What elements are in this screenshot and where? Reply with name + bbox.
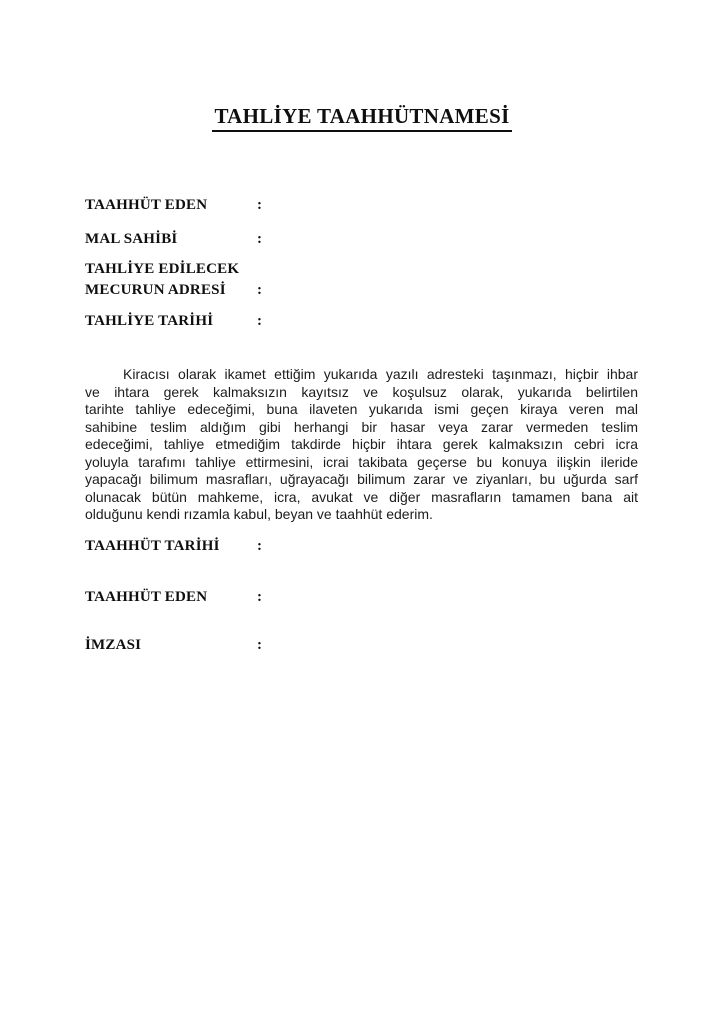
field-row-imzasi: İMZASI :: [85, 635, 645, 656]
field-row-taahhut-eden-bottom: TAAHHÜT EDEN :: [85, 587, 645, 608]
paragraph-line: sahibine teslim aldığım gibi herhangi bi…: [85, 419, 638, 437]
field-row-tahliye-tarihi: TAHLİYE TARİHİ :: [85, 311, 645, 332]
field-label: TAAHHÜT EDEN: [85, 587, 645, 608]
field-label: TAAHHÜT TARİHİ: [85, 536, 645, 557]
field-colon: :: [257, 587, 262, 608]
field-colon: :: [257, 311, 262, 332]
field-row-taahhut-tarihi: TAAHHÜT TARİHİ :: [85, 536, 645, 557]
field-row-mecur-adresi: TAHLİYE EDİLECEK MECURUN ADRESİ :: [85, 259, 645, 301]
field-row-taahhut-eden: TAAHHÜT EDEN :: [85, 195, 645, 216]
paragraph-line: olduğunu kendi rızamla kabul, beyan ve t…: [85, 506, 638, 524]
field-label: İMZASI: [85, 635, 645, 656]
paragraph-line: Kiracısı olarak ikamet ettiğim yukarıda …: [85, 366, 638, 384]
document-title: TAHLİYE TAAHHÜTNAMESİ: [212, 104, 511, 132]
field-colon: :: [257, 635, 262, 656]
paragraph-line: tarihte tahliye edeceğimi, buna ilaveten…: [85, 401, 638, 419]
paragraph-line: yapacağı bilimum masrafları, uğrayacağı …: [85, 471, 638, 489]
body-paragraph: Kiracısı olarak ikamet ettiğim yukarıda …: [85, 366, 638, 524]
title-wrap: TAHLİYE TAAHHÜTNAMESİ: [0, 104, 724, 132]
field-colon: :: [257, 229, 262, 250]
field-label: TAAHHÜT EDEN: [85, 195, 645, 216]
field-colon: :: [257, 195, 262, 216]
paragraph-line: ve ihtara gerek kalmaksızın kayıtsız ve …: [85, 384, 638, 402]
field-label: TAHLİYE TARİHİ: [85, 311, 645, 332]
field-label: MECURUN ADRESİ: [85, 280, 645, 301]
paragraph-line: yoluyla tarafımı tahliye ettirmesini, ic…: [85, 454, 638, 472]
field-label: MAL SAHİBİ: [85, 229, 645, 250]
field-label: TAHLİYE EDİLECEK: [85, 259, 645, 280]
paragraph-line: olunacak bütün mahkeme, icra, avukat ve …: [85, 489, 638, 507]
document-page: TAHLİYE TAAHHÜTNAMESİ TAAHHÜT EDEN : MAL…: [0, 0, 724, 1024]
field-colon: :: [257, 280, 262, 301]
field-colon: :: [257, 536, 262, 557]
field-row-mal-sahibi: MAL SAHİBİ :: [85, 229, 645, 250]
paragraph-line: edeceğimi, tahliye etmediğim takdirde hi…: [85, 436, 638, 454]
